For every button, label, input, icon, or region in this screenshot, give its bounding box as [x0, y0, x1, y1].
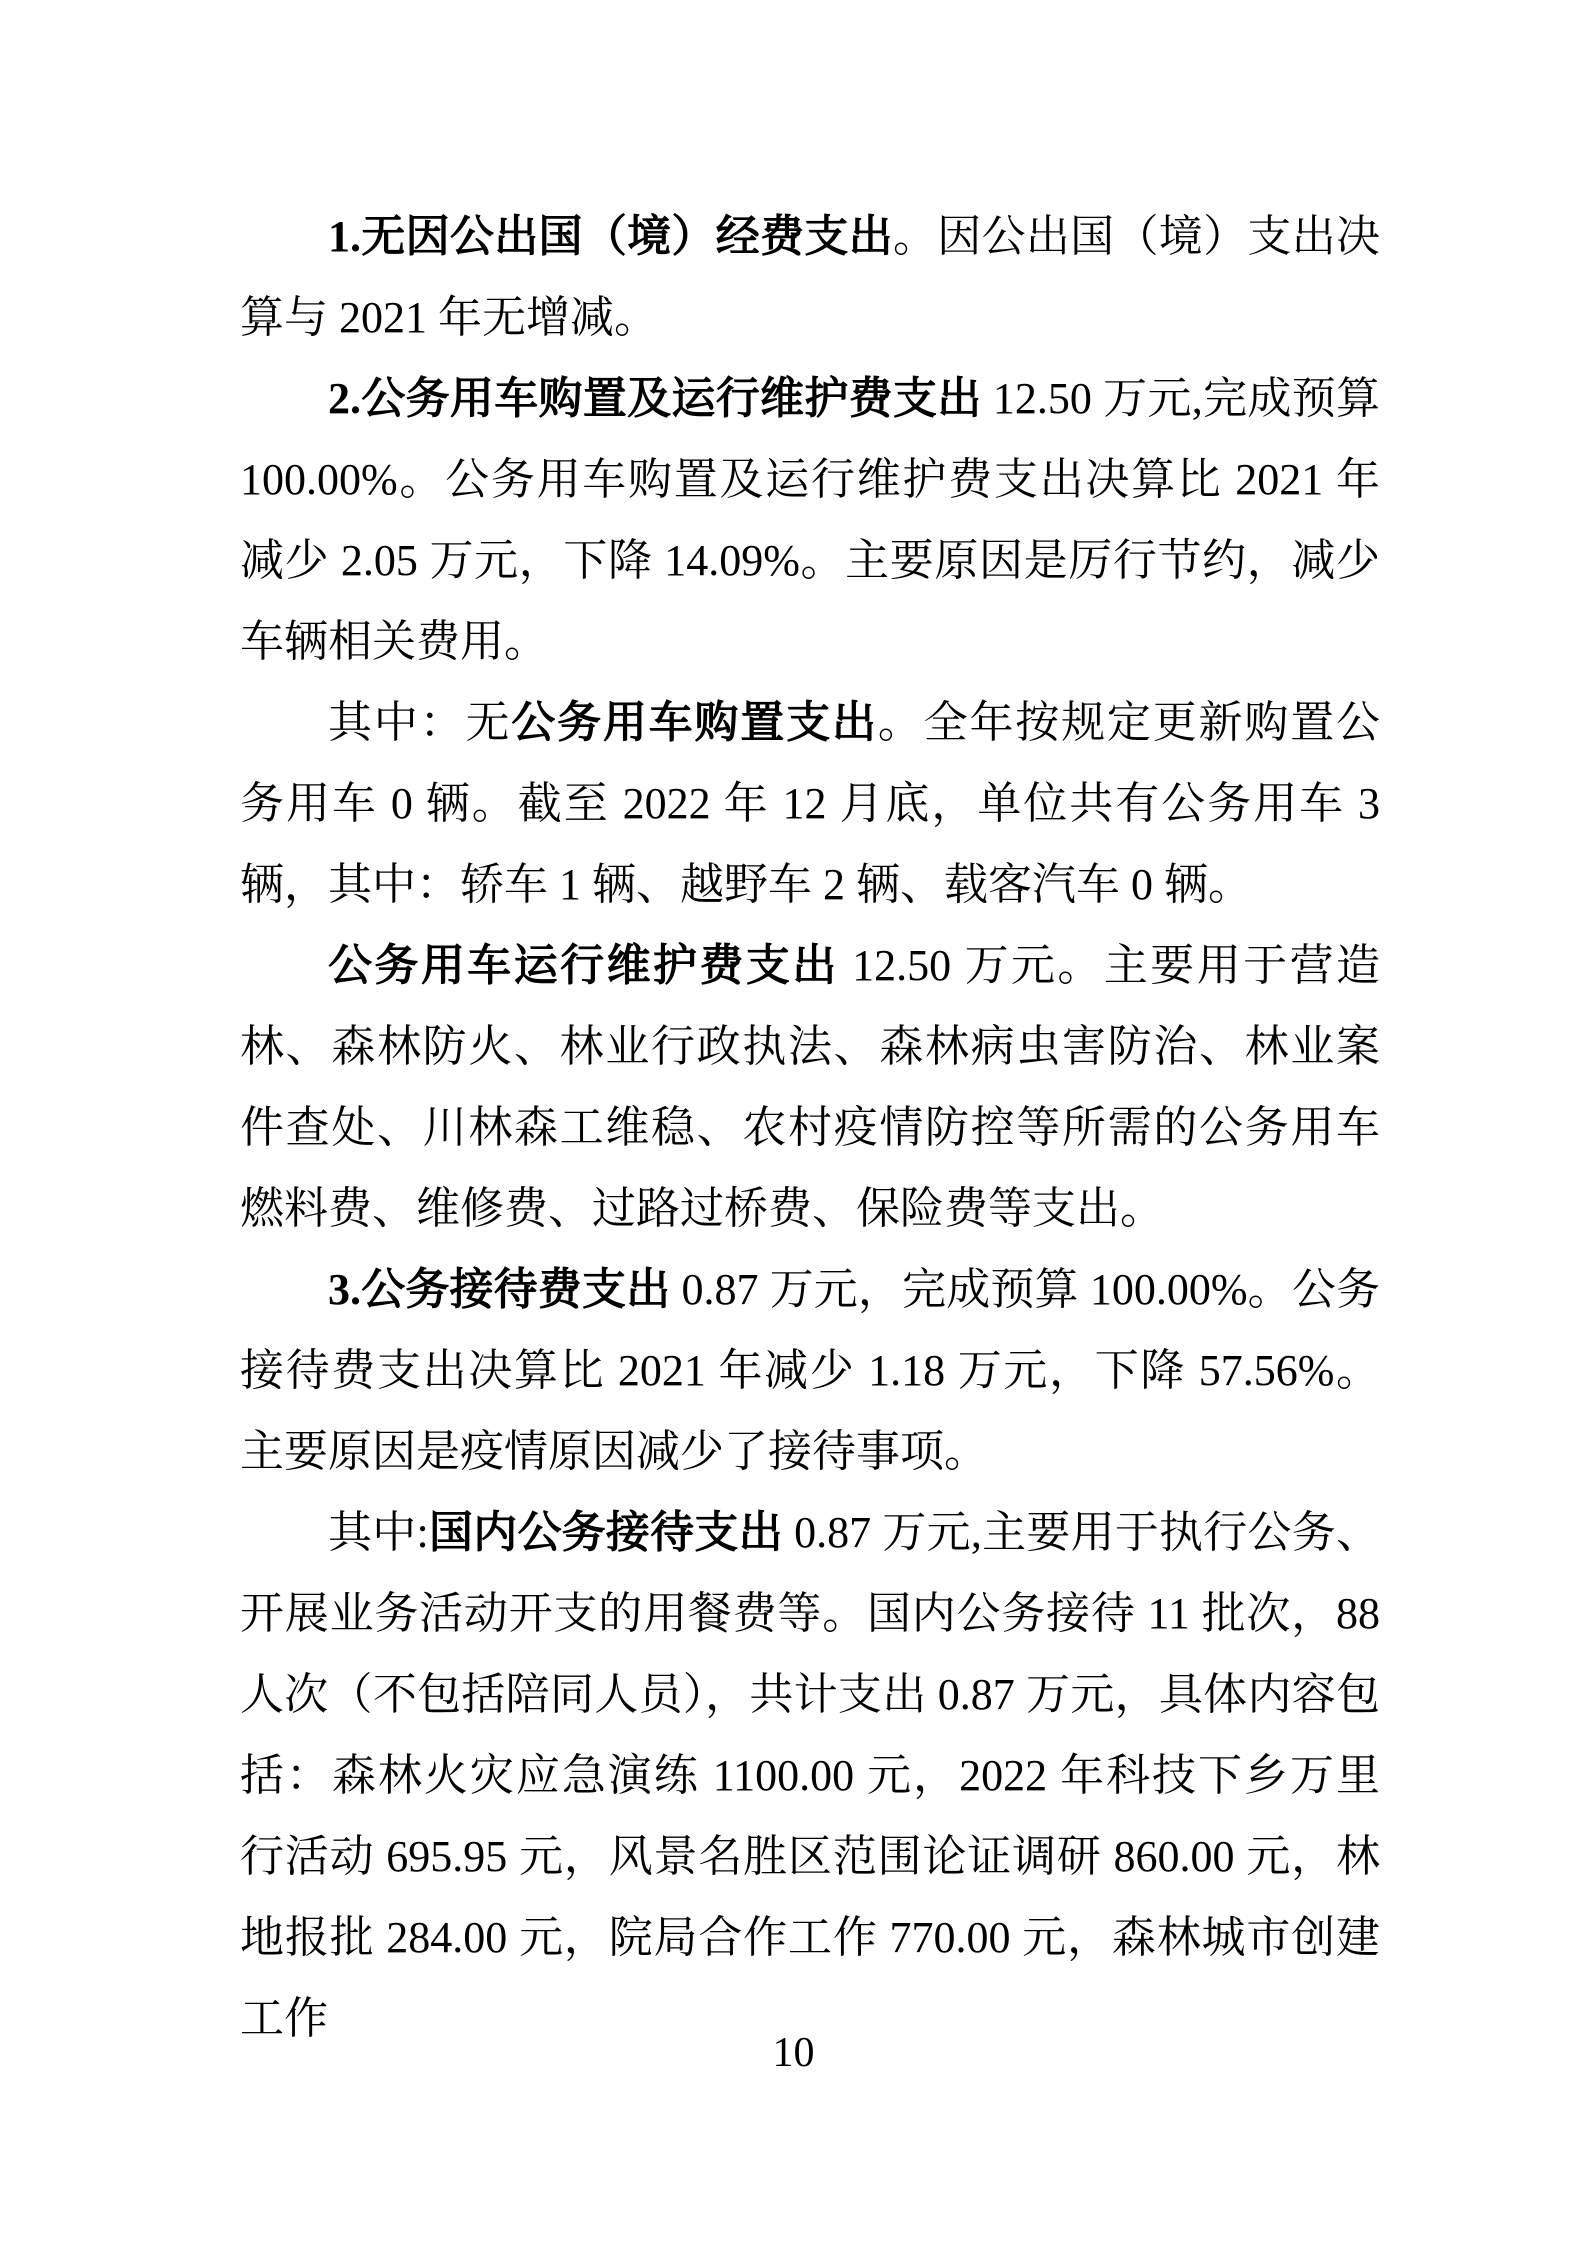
text-run: 0.87 万元,主要用于执行公务、开展业务活动开支的用餐费等。国内公务接待 11…: [240, 1508, 1380, 2043]
text-run: 其中：无: [328, 698, 511, 747]
bold-text-run: 公务用车购置支出: [511, 698, 878, 747]
document-page: 1.无因公出国（境）经费支出。因公出国（境）支出决算与 2021 年无增减。2.…: [0, 0, 1587, 2245]
bold-text-run: 2.公务用车购置及运行维护费支出: [328, 374, 982, 423]
bold-text-run: 公务用车运行维护费支出: [328, 941, 839, 990]
paragraph: 3.公务接待费支出 0.87 万元，完成预算 100.00%。公务接待费支出决算…: [240, 1249, 1380, 1492]
paragraph: 公务用车运行维护费支出 12.50 万元。主要用于营造林、森林防火、林业行政执法…: [240, 925, 1380, 1249]
page-footer: 10: [0, 2028, 1587, 2078]
page-number: 10: [773, 2030, 815, 2076]
bold-text-run: 3.公务接待费支出: [328, 1265, 670, 1314]
paragraph: 2.公务用车购置及运行维护费支出 12.50 万元,完成预算 100.00%。公…: [240, 358, 1380, 682]
paragraph: 1.无因公出国（境）经费支出。因公出国（境）支出决算与 2021 年无增减。: [240, 196, 1380, 358]
bold-text-run: 国内公务接待支出: [429, 1508, 783, 1557]
bold-text-run: 1.无因公出国（境）经费支出: [328, 212, 893, 261]
paragraph: 其中：无公务用车购置支出。全年按规定更新购置公务用车 0 辆。截至 2022 年…: [240, 682, 1380, 925]
paragraph: 其中:国内公务接待支出 0.87 万元,主要用于执行公务、开展业务活动开支的用餐…: [240, 1492, 1380, 2059]
text-run: 其中:: [328, 1508, 429, 1557]
document-body: 1.无因公出国（境）经费支出。因公出国（境）支出决算与 2021 年无增减。2.…: [240, 196, 1380, 2059]
